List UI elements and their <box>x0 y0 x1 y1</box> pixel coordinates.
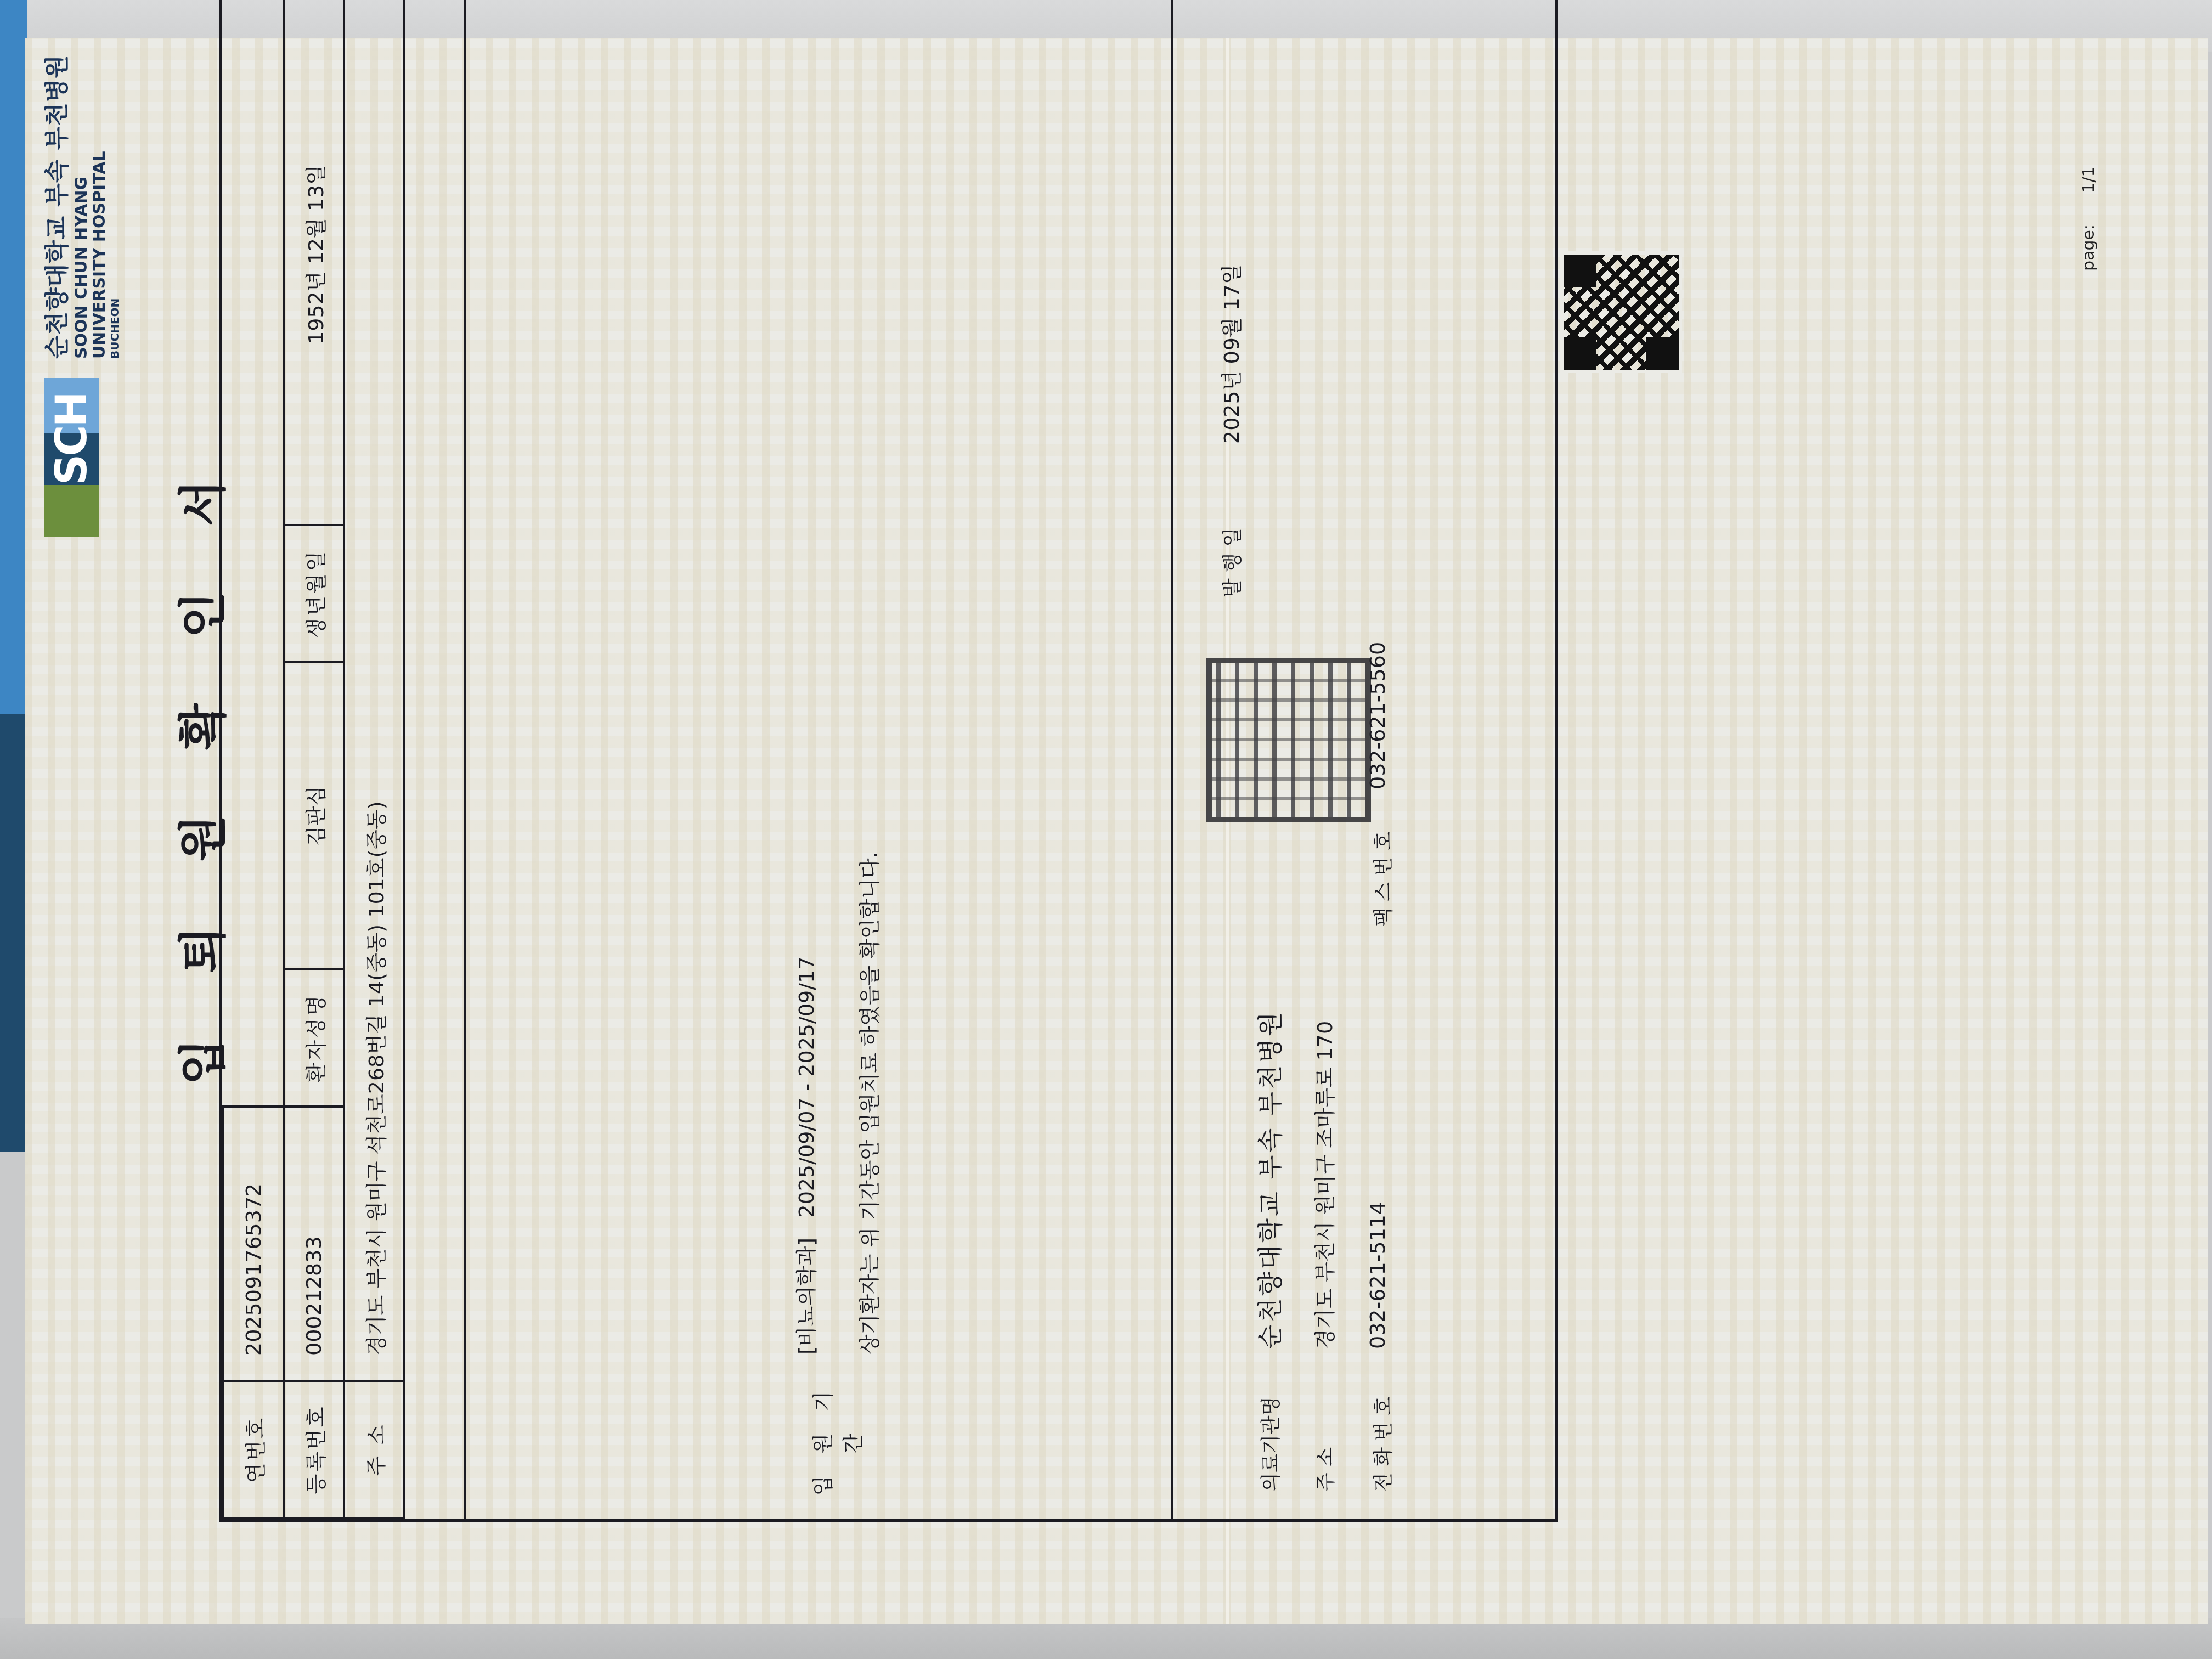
phone-label: 전 화 번 호 <box>1368 1397 1396 1492</box>
fax-label: 팩 스 번 호 <box>1368 832 1396 927</box>
issuer-address-label: 주 소 <box>1311 1447 1339 1492</box>
official-seal-icon <box>1206 658 1371 822</box>
table-row: 연번호 2025091765372 <box>223 0 284 1518</box>
page-label: page: <box>2079 224 2098 271</box>
serial-value: 2025091765372 <box>223 1107 284 1381</box>
issuer-section: 의료기관명 순천향대학교 부속 부천병원 발 행 일 2025년 09월 17일… <box>1171 0 1558 1519</box>
hospital-name-en-2: UNIVERSITY HOSPITAL <box>91 0 109 359</box>
department: [비뇨의학과] <box>794 1238 819 1355</box>
dob-label: 생년월일 <box>284 525 344 662</box>
page-indicator: page: 1/1 <box>2079 166 2098 271</box>
issue-date-label: 발 행 일 <box>1217 528 1245 597</box>
hospital-name-en-3: BUCHEON <box>109 0 121 359</box>
issuer-address-value: 경기도 부천시 원미구 조마루로 170 <box>1308 1021 1338 1349</box>
hospital-name-en-1: SOON CHUN HYANG <box>72 0 91 359</box>
registration-label: 등록번호 <box>284 1381 344 1518</box>
stay-department-line: [비뇨의학과] 2025/09/07 - 2025/09/17 <box>789 957 820 1355</box>
empty-cell <box>223 0 284 1107</box>
institution-label: 의료기관명 <box>1256 1396 1284 1492</box>
confirmation-statement: 상기환자는 위 기간동안 입원치료 하였음을 확인합니다. <box>853 851 883 1355</box>
page-value: 1/1 <box>2079 166 2098 193</box>
certificate-form: 연번호 2025091765372 등록번호 000212833 환자성명 김판… <box>219 0 1558 1522</box>
table-row: 주 소 경기도 부천시 원미구 석천로268번길 14(중동) 101호(중동) <box>344 0 404 1518</box>
hospital-name-ko: 순천향대학교 부속 부천병원 <box>43 0 72 359</box>
patient-info-table: 연번호 2025091765372 등록번호 000212833 환자성명 김판… <box>222 0 405 1519</box>
registration-value: 000212833 <box>284 1107 344 1381</box>
address-label: 주 소 <box>344 1381 404 1518</box>
institution-value: 순천향대학교 부속 부천병원 <box>1250 1010 1286 1349</box>
hospital-stay-section: 입 원 기 간 [비뇨의학과] 2025/09/07 - 2025/09/17 … <box>464 0 1171 1519</box>
stay-period: 2025/09/07 - 2025/09/17 <box>794 957 819 1218</box>
issue-date-value: 2025년 09월 17일 <box>1215 264 1245 444</box>
stay-period-label: 입 원 기 간 <box>806 1376 866 1503</box>
admission-discharge-certificate: SCH 순천향대학교 부속 부천병원 SOON CHUN HYANG UNIVE… <box>0 0 2212 1659</box>
fax-value: 032-621-5560 <box>1365 642 1390 789</box>
patient-name-value: 김판심 <box>284 662 344 969</box>
table-row: 등록번호 000212833 환자성명 김판심 생년월일 1952년 12월 1… <box>284 0 344 1518</box>
logo-mark: SCH <box>48 378 95 485</box>
phone-value: 032-621-5114 <box>1365 1201 1390 1349</box>
serial-label: 연번호 <box>223 1381 284 1518</box>
hospital-name-block: 순천향대학교 부속 부천병원 SOON CHUN HYANG UNIVERSIT… <box>43 0 121 359</box>
logo-green-block <box>44 485 99 537</box>
dob-value: 1952년 12월 13일 <box>284 0 344 525</box>
patient-name-label: 환자성명 <box>284 969 344 1107</box>
address-value: 경기도 부천시 원미구 석천로268번길 14(중동) 101호(중동) <box>344 0 404 1381</box>
qr-code-icon <box>1564 255 1679 370</box>
